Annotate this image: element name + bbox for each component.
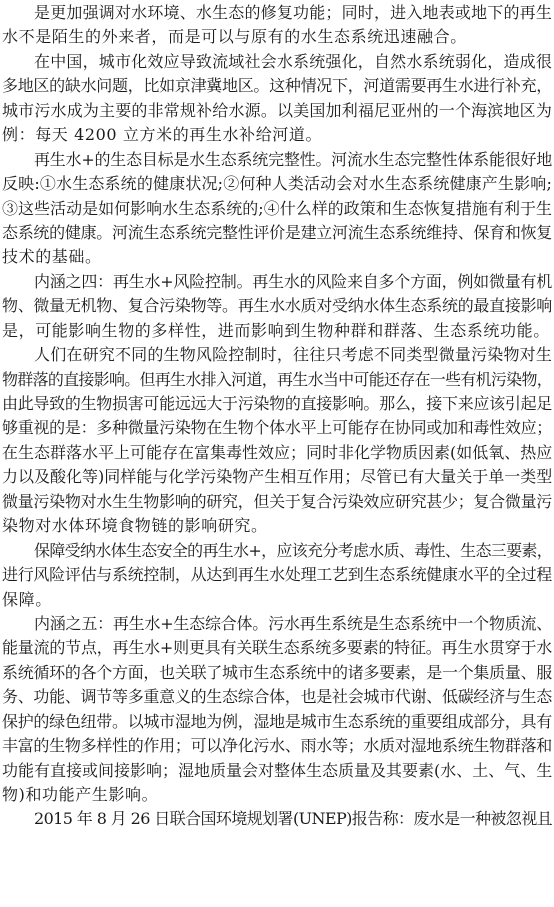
text-line: 系统循环的各个方面，也关联了城市生态系统中的诸多要素，是一个集质量、服 <box>2 661 552 685</box>
text-line: 务、功能、调节等多重意义的生态综合体，也是社会城市代谢、低碳经济与生态 <box>2 685 552 709</box>
text-line: 物)和功能产生影响。 <box>2 783 552 807</box>
text-line: ③这些活动是如何影响水生态系统的;④什么样的政策和生态恢复措施有利于生 <box>2 197 552 221</box>
text-line: 微量污染物对水生生物影响的研究，但关于复合污染效应研究甚少；复合微量污 <box>2 490 552 514</box>
document-page: 是更加强调对水环境、水生态的修复功能；同时，进入地表或地下的再生水不是陌生的外来… <box>0 0 554 907</box>
paragraph: 是更加强调对水环境、水生态的修复功能；同时，进入地表或地下的再生水不是陌生的外来… <box>2 1 552 50</box>
text-line: 够重视的是：多种微量污染物在生物个体水平上可能存在协同或加和毒性效应； <box>2 416 552 440</box>
text-line: 在生态群落水平上可能存在富集毒性效应；同时非化学物质因素(如低氧、热应 <box>2 441 552 465</box>
text-line: 物、微量无机物、复合污染物等。再生水水质对受纳水体生态系统的最直接影响 <box>2 294 552 318</box>
text-line: 进行风险评估与系统控制，从达到再生水处理工艺到生态系统健康水平的全过程 <box>2 563 552 587</box>
text-line: 水不是陌生的外来者，而是可以与原有的水生态系统迅速融合。 <box>2 25 552 49</box>
text-line: 再生水+的生态目标是水生态系统完整性。河流水生态完整性体系能很好地 <box>2 148 552 172</box>
paragraph: 保障受纳水体生态安全的再生水+，应该充分考虑水质、毒性、生态三要素，进行风险评估… <box>2 539 552 612</box>
paragraph: 内涵之五：再生水+生态综合体。污水再生系统是生态系统中一个物质流、能量流的节点，… <box>2 612 552 808</box>
text-line: 内涵之五：再生水+生态综合体。污水再生系统是生态系统中一个物质流、 <box>2 612 552 636</box>
text-line: 技术的基础。 <box>2 245 552 269</box>
text-line: 物群落的直接影响。但再生水排入河道，再生水当中可能还存在一些有机污染物， <box>2 368 552 392</box>
text-line: 例：每天 4200 立方米的再生水补给河道。 <box>2 123 552 147</box>
text-line: 保障。 <box>2 588 552 612</box>
text-line: 反映:①水生态系统的健康状况;②何种人类活动会对水生态系统健康产生影响; <box>2 172 552 196</box>
paragraph: 2015 年 8 月 26 日联合国环境规划署(UNEP)报告称：废水是一种被忽… <box>2 807 552 831</box>
paragraph: 再生水+的生态目标是水生态系统完整性。河流水生态完整性体系能很好地反映:①水生态… <box>2 148 552 270</box>
text-line: 保障受纳水体生态安全的再生水+，应该充分考虑水质、毒性、生态三要素， <box>2 539 552 563</box>
text-line: 染物对水体环境食物链的影响研究。 <box>2 514 552 538</box>
text-line: 力以及酸化等)同样能与化学污染物产生相互作用；尽管已有大量关于单一类型 <box>2 465 552 489</box>
text-line: 由此导致的生物损害可能远远大于污染物的直接影响。那么，接下来应该引起足 <box>2 392 552 416</box>
text-line: 保护的绿色纽带。以城市湿地为例，湿地是城市生态系统的重要组成部分，具有 <box>2 710 552 734</box>
text-line: 内涵之四：再生水+风险控制。再生水的风险来自多个方面，例如微量有机 <box>2 270 552 294</box>
text-line: 在中国，城市化效应导致流域社会水系统强化，自然水系统弱化，造成很 <box>2 50 552 74</box>
text-line: 是，可能影响生物的多样性，进而影响到生物种群和群落、生态系统功能。 <box>2 319 552 343</box>
paragraph: 内涵之四：再生水+风险控制。再生水的风险来自多个方面，例如微量有机物、微量无机物… <box>2 270 552 343</box>
text-line: 态系统的健康。河流生态系统完整性评价是建立河流生态系统维持、保育和恢复 <box>2 221 552 245</box>
text-line: 城市污水成为主要的非常规补给水源。以美国加利福尼亚州的一个海滨地区为 <box>2 99 552 123</box>
text-line: 能量流的节点，再生水+则更具有关联生态系统多要素的特征。再生水贯穿于水 <box>2 636 552 660</box>
text-line: 功能有直接或间接影响；湿地质量会对整体生态质量及其要素(水、土、气、生 <box>2 759 552 783</box>
paragraph: 人们在研究不同的生物风险控制时，往往只考虑不同类型微量污染物对生物群落的直接影响… <box>2 343 552 539</box>
text-line: 多地区的缺水问题，比如京津冀地区。这种情况下，河道需要再生水进行补充， <box>2 74 552 98</box>
paragraph: 在中国，城市化效应导致流域社会水系统强化，自然水系统弱化，造成很多地区的缺水问题… <box>2 50 552 148</box>
text-line: 丰富的生物多样性的作用；可以净化污水、雨水等；水质对湿地系统生物群落和 <box>2 734 552 758</box>
text-line: 人们在研究不同的生物风险控制时，往往只考虑不同类型微量污染物对生 <box>2 343 552 367</box>
text-line: 2015 年 8 月 26 日联合国环境规划署(UNEP)报告称：废水是一种被忽… <box>2 807 552 831</box>
text-line: 是更加强调对水环境、水生态的修复功能；同时，进入地表或地下的再生 <box>2 1 552 25</box>
